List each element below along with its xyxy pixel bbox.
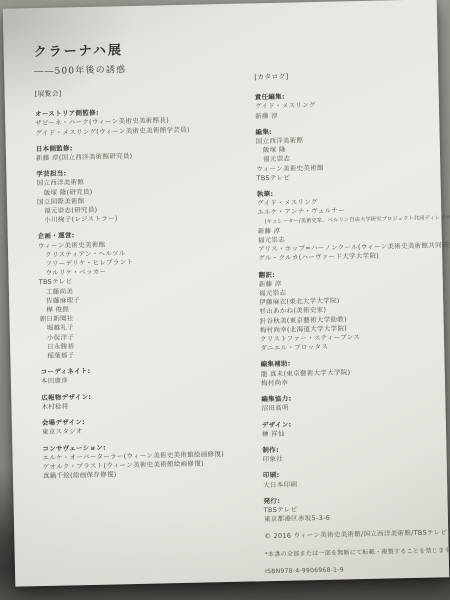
credit-block: 学芸担当: 国立西洋美術館 飯塚 隆(研究員) 国立国際美術館 福元崇志(研究員… — [36, 166, 253, 226]
credit-block: 編集補助: 龍 真未(東京藝術大学大学院) 梅村尚幸 — [260, 357, 447, 389]
credit-block: コンサヴェーション: エルケ・オーバーターラー(ウィーン美術史美術館絵画修復) … — [42, 440, 259, 482]
credit-block: 執筆: グイド・メスリング エルケ・アンナ・ヴェルナー (キュレーター/美術史家… — [257, 186, 445, 264]
credit-block: 編集: 国立西洋美術館 飯塚 隆 福元崇志 ウィーン美術史美術館 — [255, 124, 442, 183]
credit-lines: ザビーネ・ハーク(ウィーン美術史美術館長) グイド・メスリング(ウィーン美術史美… — [35, 115, 251, 138]
credit-block: 印刷: 大日本印刷 — [263, 467, 449, 489]
credit-lines: 国立西洋美術館 飯塚 隆 福元崇志 ウィーン美術史美術館 TBSテレビ — [256, 133, 443, 183]
credit-lines: *本書の全部または一部を無断にて転載・複製することを禁じます。 ISBN978-… — [265, 546, 450, 576]
section-label-exhibition: [展覧会] — [35, 85, 251, 99]
catalog-colophon-page: クラーナハ展 ――500年後の誘惑 [展覧会] オーストリア側監修: ザビーネ・… — [3, 0, 450, 587]
credit-block: 責任編集: グイド・メスリング 新藤 淳 — [255, 89, 442, 121]
credit-block: 編集協力: 沼田高明 — [261, 391, 447, 413]
credit-block: 企画・運営: ウィーン美術史美術館 クリスティアン・ヘルツル フリーデリケ・ヒレ… — [38, 228, 257, 362]
credit-line: グル・クルカ(ハーヴァード大学大学院) — [258, 251, 444, 264]
credit-block: 広報物デザイン: 木村稔将 — [41, 389, 257, 412]
credit-block: コーディネイト: 本田康彦 — [41, 364, 257, 387]
credit-lines: グイド・メスリング 新藤 淳 — [255, 99, 441, 121]
credit-line: © 2016 ウィーン美術史美術館/国立西洋美術館/TBSテレビ — [264, 528, 450, 541]
exhibition-credits-column: [展覧会] オーストリア側監修: ザビーネ・ハーク(ウィーン美術史美術館長) グ… — [35, 85, 260, 488]
photo-background: クラーナハ展 ――500年後の誘惑 [展覧会] オーストリア側監修: ザビーネ・… — [0, 0, 450, 600]
credit-lines: グイド・メスリング エルケ・アンナ・ヴェルナー (キュレーター/美術史家、ベルリ… — [257, 195, 444, 263]
credit-block: 翻訳: 新藤 淳 福元崇志 伊藤麻衣(東北大学大学院) 杉山あかね(美術史家) — [259, 267, 447, 354]
credit-block: 制作: 印象社 — [262, 442, 448, 464]
credit-lines: 新藤 淳 福元崇志 伊藤麻衣(東北大学大学院) 杉山あかね(美術史家) 針谷秋美… — [259, 276, 447, 354]
credit-lines: 龍 真未(東京藝術大学大学院) 梅村尚幸 — [261, 366, 447, 388]
credit-lines: TBSテレビ 東京都港区赤坂5-3-6 © 2016 ウィーン美術史美術館/国立… — [264, 502, 450, 542]
section-label-catalog: [カタログ] — [254, 69, 440, 82]
credit-block: 日本側監修: 新藤 淳(国立西洋美術館研究員) — [36, 140, 252, 163]
credit-block: *本書の全部または一部を無断にて転載・複製することを禁じます。 ISBN978-… — [265, 546, 450, 576]
catalog-credit-blocks: 責任編集: グイド・メスリング 新藤 淳 編集: — [255, 89, 450, 576]
credit-lines: 国立西洋美術館 飯塚 隆(研究員) 国立国際美術館 福元崇志(研究員) 小川絢子… — [36, 175, 253, 226]
exhibition-title: クラーナハ展 — [33, 39, 126, 60]
credit-line: *本書の全部または一部を無断にて転載・複製することを禁じます。 — [265, 546, 450, 559]
catalog-credits-column: [カタログ] 責任編集: グイド・メスリング 新藤 淳 — [254, 69, 450, 583]
credit-line: ISBN978-4-9906968-1-9 — [265, 563, 450, 576]
credit-block: 発行: TBSテレビ 東京都港区赤坂5-3-6 © 2016 ウィーン美術史美術… — [263, 493, 450, 542]
credit-block: デザイン: 榊 祥仙 — [262, 417, 448, 439]
credit-lines: ウィーン美術史美術館 クリスティアン・ヘルツル フリーデリケ・ヒレブラント ウル… — [38, 237, 257, 361]
credit-block: 会場デザイン: 東京スタジオ — [42, 414, 258, 437]
exhibition-credit-blocks: オーストリア側監修: ザビーネ・ハーク(ウィーン美術史美術館長) グイド・メスリ… — [35, 106, 259, 482]
credit-lines: エルケ・オーバーターラー(ウィーン美術史美術館絵画修復) ゲオルク・プラスト(ウ… — [42, 449, 259, 481]
credit-block: オーストリア側監修: ザビーネ・ハーク(ウィーン美術史美術館長) グイド・メスリ… — [35, 106, 252, 138]
exhibition-subtitle: ――500年後の誘惑 — [34, 62, 126, 77]
title-block: クラーナハ展 ――500年後の誘惑 — [33, 39, 126, 77]
